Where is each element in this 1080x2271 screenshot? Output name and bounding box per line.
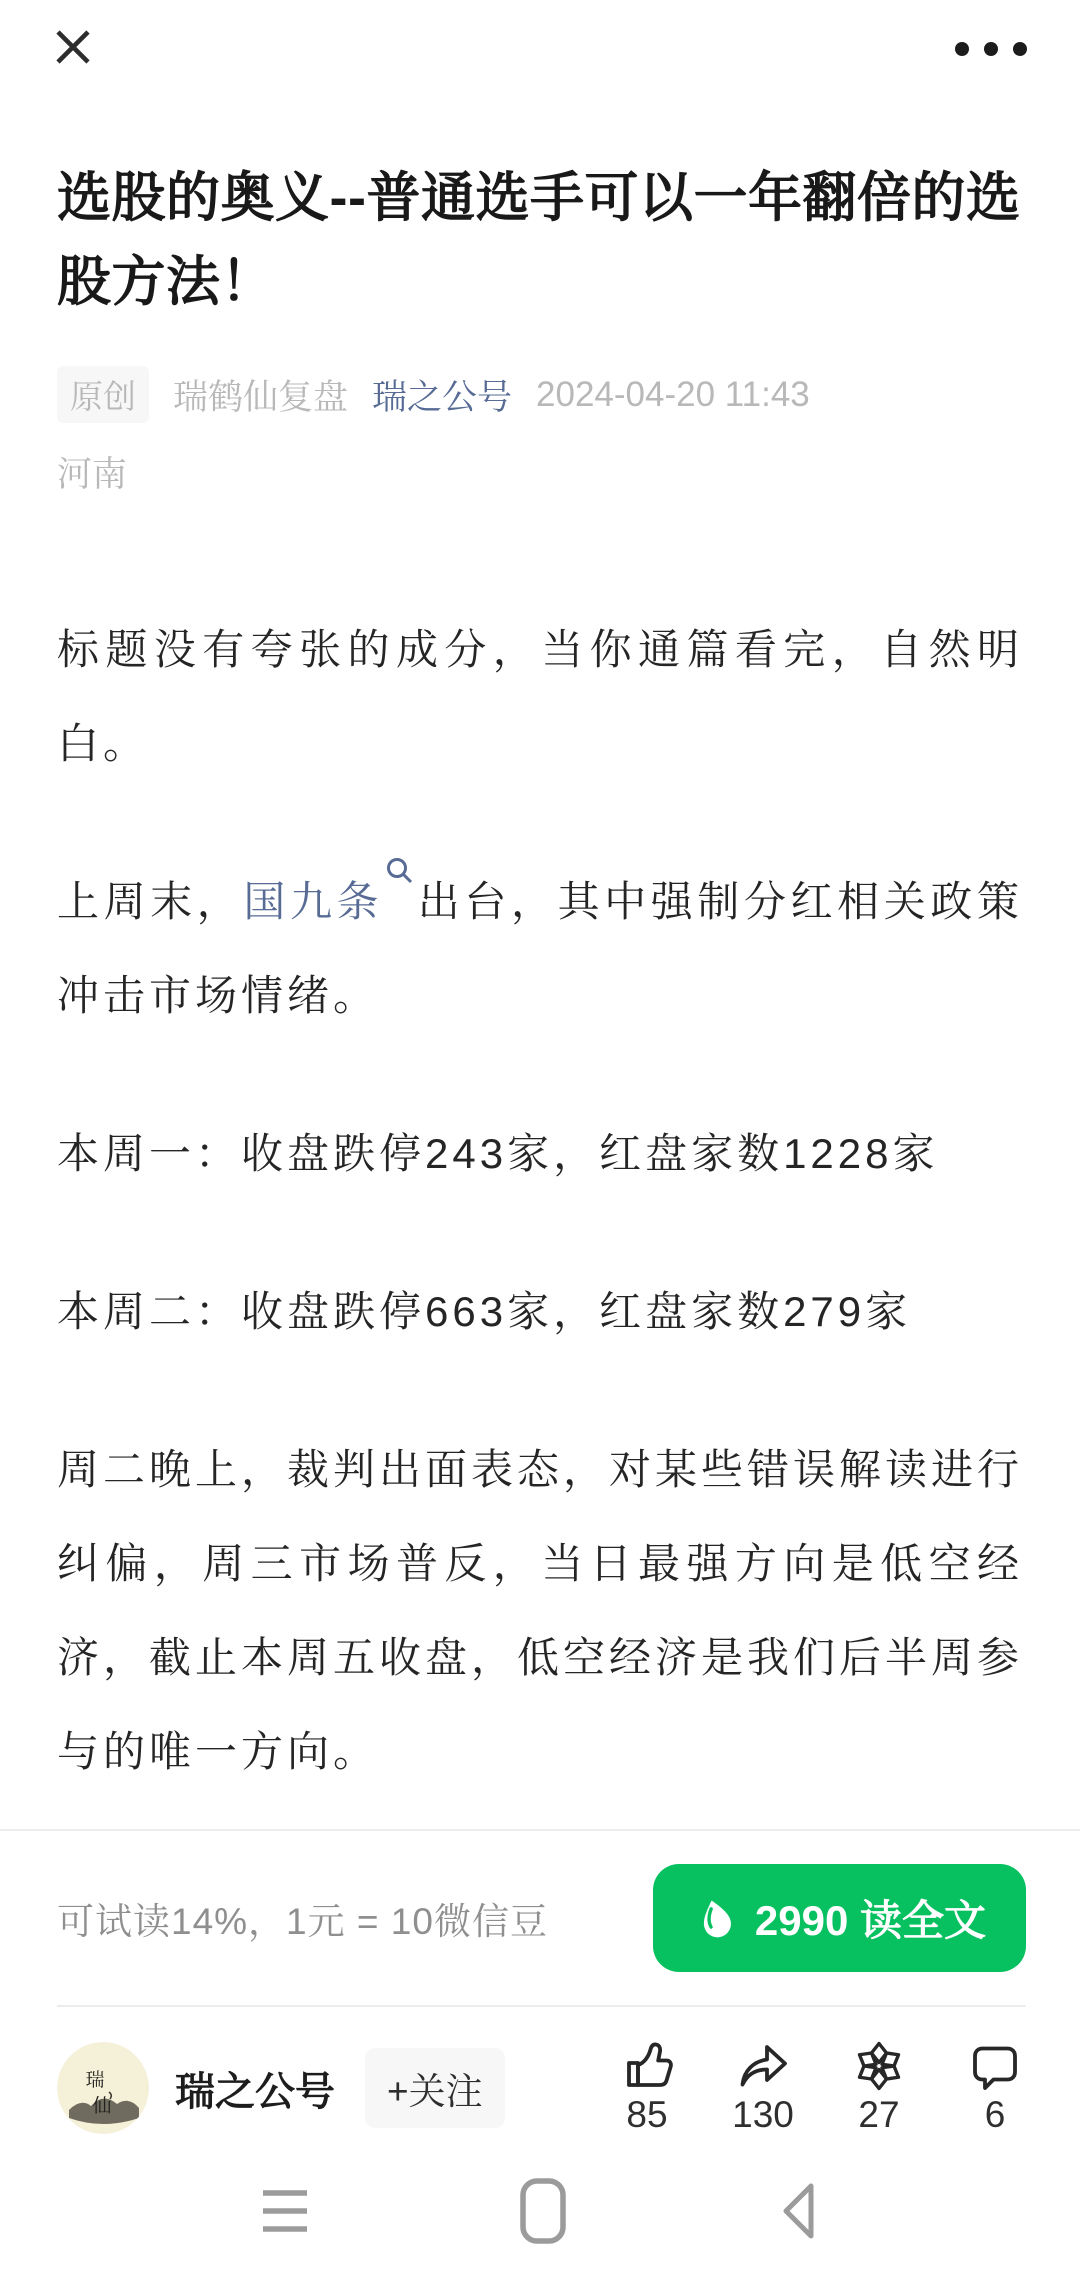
avatar[interactable]: 瑞 仙 xyxy=(57,2042,149,2134)
share-button[interactable]: 130 xyxy=(732,2040,794,2136)
paragraph-3: 本周一：收盘跌停243家，红盘家数1228家 xyxy=(57,1107,1023,1201)
paragraph-4: 本周二：收盘跌停663家，红盘家数279家 xyxy=(57,1265,1023,1359)
page-title: 选股的奥义--普通选手可以一年翻倍的选股方法！ xyxy=(57,156,1023,324)
more-dots-icon xyxy=(952,40,1030,58)
more-button[interactable] xyxy=(952,40,1030,58)
paragraph-2: 上周末，国九条出台，其中强制分红相关政策冲击市场情绪。 xyxy=(57,855,1023,1043)
trial-notice: 可试读14%，1元 = 10微信豆 xyxy=(57,1891,548,1945)
publish-location: 河南 xyxy=(57,447,1023,497)
original-badge: 原创 xyxy=(57,366,149,423)
paragraph-1: 标题没有夸张的成分，当你通篇看完，自然明白。 xyxy=(57,603,1023,791)
paywall-bar: 可试读14%，1元 = 10微信豆 2990 读全文 xyxy=(0,1829,1080,2005)
paragraph-2-pre: 上周末， xyxy=(57,878,243,925)
search-icon xyxy=(385,856,415,886)
top-bar xyxy=(0,0,1080,72)
author-bar: 瑞 仙 瑞之公号 +关注 85 130 xyxy=(57,2005,1026,2169)
wow-button[interactable]: 27 xyxy=(848,2040,910,2136)
like-count: 85 xyxy=(626,2094,667,2136)
comment-count: 6 xyxy=(985,2094,1006,2136)
paragraph-5: 周二晚上，裁判出面表态，对某些错误解读进行纠偏，周三市场普反，当日最强方向是低空… xyxy=(57,1423,1023,1799)
article-meta: 原创 瑞鹤仙复盘 瑞之公号 2024-04-20 11:43 xyxy=(57,366,1023,423)
close-button[interactable] xyxy=(50,24,96,70)
wechat-bean-icon xyxy=(693,1895,739,1941)
nav-home-button[interactable] xyxy=(520,2178,566,2244)
comment-button[interactable]: 6 xyxy=(964,2040,1026,2136)
read-full-label: 2990 读全文 xyxy=(755,1888,986,1948)
menu-icon xyxy=(262,2185,308,2237)
article-body: 标题没有夸张的成分，当你通篇看完，自然明白。 上周末，国九条出台，其中强制分红相… xyxy=(57,603,1023,1799)
account-name[interactable]: 瑞之公号 xyxy=(175,2060,335,2117)
account-link[interactable]: 瑞之公号 xyxy=(372,370,512,420)
like-button[interactable]: 85 xyxy=(616,2040,678,2136)
share-arrow-icon xyxy=(737,2040,789,2092)
close-icon xyxy=(50,24,96,70)
read-full-button[interactable]: 2990 读全文 xyxy=(653,1864,1026,1972)
comment-bubble-icon xyxy=(969,2040,1021,2092)
thumbs-up-icon xyxy=(621,2040,673,2092)
home-icon xyxy=(520,2178,566,2244)
share-count: 130 xyxy=(732,2094,794,2136)
nav-back-button[interactable] xyxy=(778,2181,818,2241)
topic-link[interactable]: 国九条 xyxy=(243,878,417,925)
action-bar: 85 130 27 6 xyxy=(616,2040,1026,2136)
publish-datetime: 2024-04-20 11:43 xyxy=(536,375,810,415)
author-label: 瑞鹤仙复盘 xyxy=(173,370,348,420)
back-icon xyxy=(778,2181,818,2241)
wow-star-icon xyxy=(853,2040,905,2092)
wow-count: 27 xyxy=(858,2094,899,2136)
android-nav-bar xyxy=(0,2150,1080,2271)
article-content: 选股的奥义--普通选手可以一年翻倍的选股方法！ 原创 瑞鹤仙复盘 瑞之公号 20… xyxy=(0,156,1080,1799)
svg-text:瑞: 瑞 xyxy=(85,2069,104,2091)
nav-menu-button[interactable] xyxy=(262,2185,308,2237)
svg-text:仙: 仙 xyxy=(92,2095,111,2117)
follow-button[interactable]: +关注 xyxy=(365,2048,505,2128)
